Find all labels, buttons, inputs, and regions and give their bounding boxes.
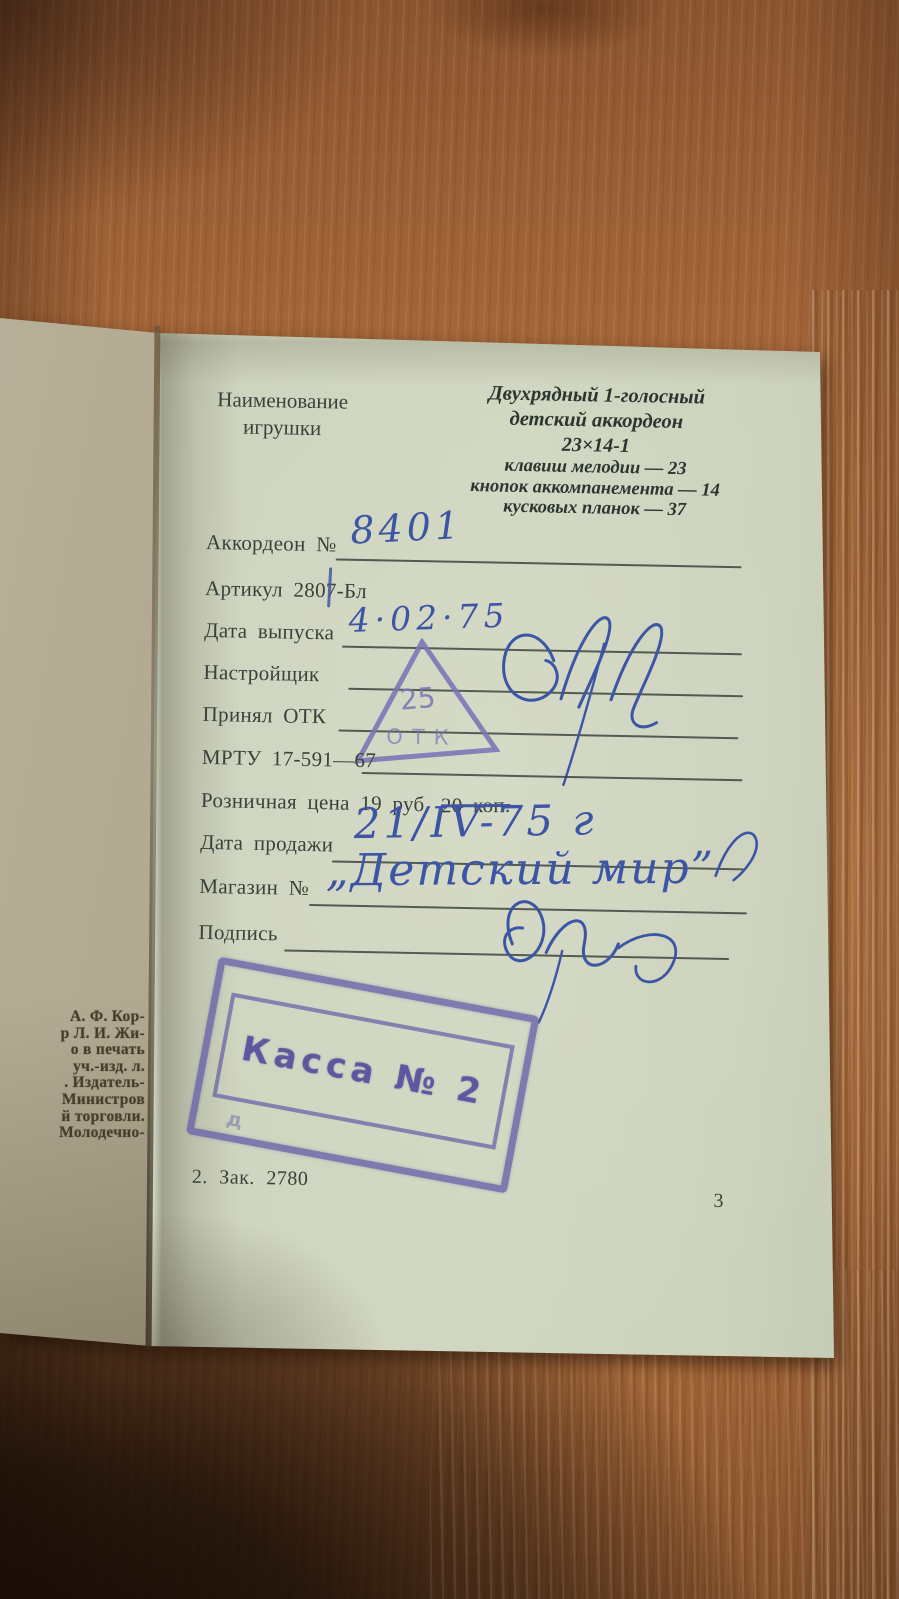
field-signature-label: Подпись — [198, 920, 278, 947]
field-sale-date-label: Дата продажи — [200, 830, 334, 858]
fragment-line: й торговли. — [0, 1109, 145, 1126]
field-issue-date-label: Дата выпуска — [204, 618, 334, 645]
field-shop-label: Магазин № — [199, 874, 309, 901]
passport-booklet: А. Ф. Кор- р Л. И. Жи- о в печать уч.-из… — [0, 0, 899, 1599]
page-number: 3 — [713, 1190, 723, 1213]
toy-name-label: Наименование игрушки — [206, 386, 359, 443]
page-content: Наименование игрушки Двухрядный 1-голосн… — [138, 333, 821, 1368]
fragment-line: Молодечно- — [0, 1125, 145, 1142]
field-issue-date-value: 4·02·75 — [348, 596, 510, 640]
photo-toy-passport: А. Ф. Кор- р Л. И. Жи- о в печать уч.-из… — [0, 0, 899, 1599]
otk-stamp-caption: ОТК — [386, 724, 458, 749]
field-tuner-label: Настройщик — [203, 660, 320, 687]
field-accordion-number-label: Аккордеон № — [206, 530, 337, 558]
fragment-line: о в печать — [0, 1042, 145, 1059]
field-otk-label: Принял ОТК — [202, 702, 326, 729]
toy-name-label-line1: Наименование — [206, 386, 358, 416]
fragment-line: А. Ф. Кор- — [0, 1009, 145, 1026]
cash-desk-stamp-caption: Касса № 2 — [238, 1029, 488, 1114]
print-order-imprint: 2. Зак. 2780 — [192, 1166, 309, 1191]
toy-name-label-line2: игрушки — [206, 413, 358, 443]
field-mrtu-label: МРТУ 17-591—67 — [202, 745, 377, 773]
otk-stamp-number: 25 — [399, 681, 437, 717]
field-article-label: Артикул 2807-Бл — [205, 576, 367, 604]
fragment-line: Министров — [0, 1092, 145, 1109]
fragment-line: уч.-изд. л. — [0, 1059, 145, 1076]
left-page-imprint-fragments: А. Ф. Кор- р Л. И. Жи- о в печать уч.-из… — [0, 1009, 150, 1142]
tuner-signature — [489, 601, 753, 796]
cash-desk-stamp-faint-marks: д — [224, 1106, 258, 1135]
field-accordion-number-value: 8401 — [349, 503, 464, 553]
field-accordion-number-line — [336, 558, 742, 568]
field-sale-date-value: 21/IV-75 г — [353, 795, 597, 848]
fragment-line: . Издатель- — [0, 1075, 145, 1092]
fragment-line: р Л. И. Жи- — [0, 1026, 145, 1043]
cash-desk-stamp-inner-frame: Касса № 2 — [212, 993, 515, 1150]
toy-description: Двухрядный 1-голосный детский аккордеон … — [417, 380, 776, 522]
